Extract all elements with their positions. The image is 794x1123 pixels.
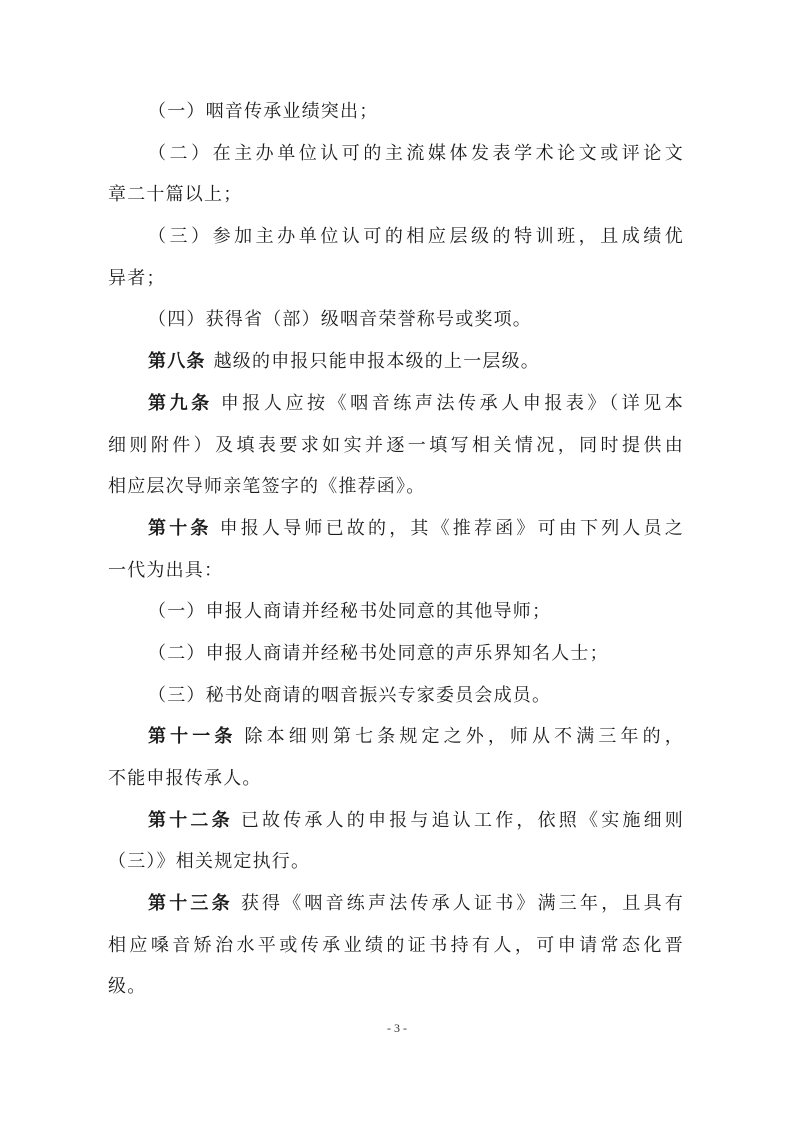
article-title: 第十一条 bbox=[148, 726, 236, 747]
article-11-cont: 不能申报传承人。 bbox=[108, 758, 688, 800]
list-item-training-cont: 异者； bbox=[108, 258, 688, 300]
article-8: 第八条越级的申报只能申报本级的上一层级。 bbox=[108, 341, 688, 383]
article-12: 第十二条已故传承人的申报与追认工作，依照《实施细则 bbox=[108, 800, 684, 842]
article-text: 除本细则第七条规定之外，师从不满三年的， bbox=[244, 726, 684, 747]
article-9: 第九条申报人应按《咽音练声法传承人申报表》（详见本 bbox=[108, 383, 684, 425]
list-item-publications-cont: 章二十篇以上； bbox=[108, 174, 688, 216]
article-11: 第十一条除本细则第七条规定之外，师从不满三年的， bbox=[108, 716, 684, 758]
list-item-other-mentor: （一）申报人商请并经秘书处同意的其他导师； bbox=[108, 591, 688, 633]
article-9-cont-2: 相应层次导师亲笔签字的《推荐函》。 bbox=[108, 466, 688, 508]
article-title: 第十条 bbox=[148, 518, 212, 539]
article-10-cont: 一代为出具： bbox=[108, 550, 688, 592]
article-title: 第十三条 bbox=[148, 893, 233, 914]
list-item-publications: （二）在主办单位认可的主流媒体发表学术论文或评论文 bbox=[108, 133, 684, 175]
article-12-cont: （三）》相关规定执行。 bbox=[108, 841, 688, 883]
article-title: 第八条 bbox=[148, 351, 206, 372]
article-10: 第十条申报人导师已故的，其《推荐函》可由下列人员之 bbox=[108, 508, 684, 550]
article-title: 第十二条 bbox=[148, 810, 233, 831]
list-item-training: （三）参加主办单位认可的相应层级的特训班，且成绩优 bbox=[108, 216, 684, 258]
document-body: （一）咽音传承业绩突出； （二）在主办单位认可的主流媒体发表学术论文或评论文 章… bbox=[108, 91, 688, 1008]
list-item-achievement: （一）咽音传承业绩突出； bbox=[108, 91, 688, 133]
list-item-committee-member: （三）秘书处商请的咽音振兴专家委员会成员。 bbox=[108, 675, 688, 717]
article-13-cont-1: 相应嗓音矫治水平或传承业绩的证书持有人，可申请常态化晋 bbox=[108, 925, 684, 967]
article-text: 申报人导师已故的，其《推荐函》可由下列人员之 bbox=[220, 518, 684, 539]
list-item-vocal-expert: （二）申报人商请并经秘书处同意的声乐界知名人士； bbox=[108, 633, 688, 675]
list-item-honors: （四）获得省（部）级咽音荣誉称号或奖项。 bbox=[108, 299, 688, 341]
article-text: 获得《咽音练声法传承人证书》满三年，且具有 bbox=[241, 893, 684, 914]
article-text: 申报人应按《咽音练声法传承人申报表》（详见本 bbox=[221, 393, 684, 414]
article-13-cont-2: 级。 bbox=[108, 966, 688, 1008]
article-text: 越级的申报只能申报本级的上一层级。 bbox=[214, 351, 540, 372]
page-number: - 3 - bbox=[0, 1021, 794, 1036]
article-title: 第九条 bbox=[148, 393, 213, 414]
article-text: 已故传承人的申报与追认工作，依照《实施细则 bbox=[241, 810, 684, 831]
article-13: 第十三条获得《咽音练声法传承人证书》满三年，且具有 bbox=[108, 883, 684, 925]
article-9-cont-1: 细则附件）及填表要求如实并逐一填写相关情况，同时提供由 bbox=[108, 425, 684, 467]
